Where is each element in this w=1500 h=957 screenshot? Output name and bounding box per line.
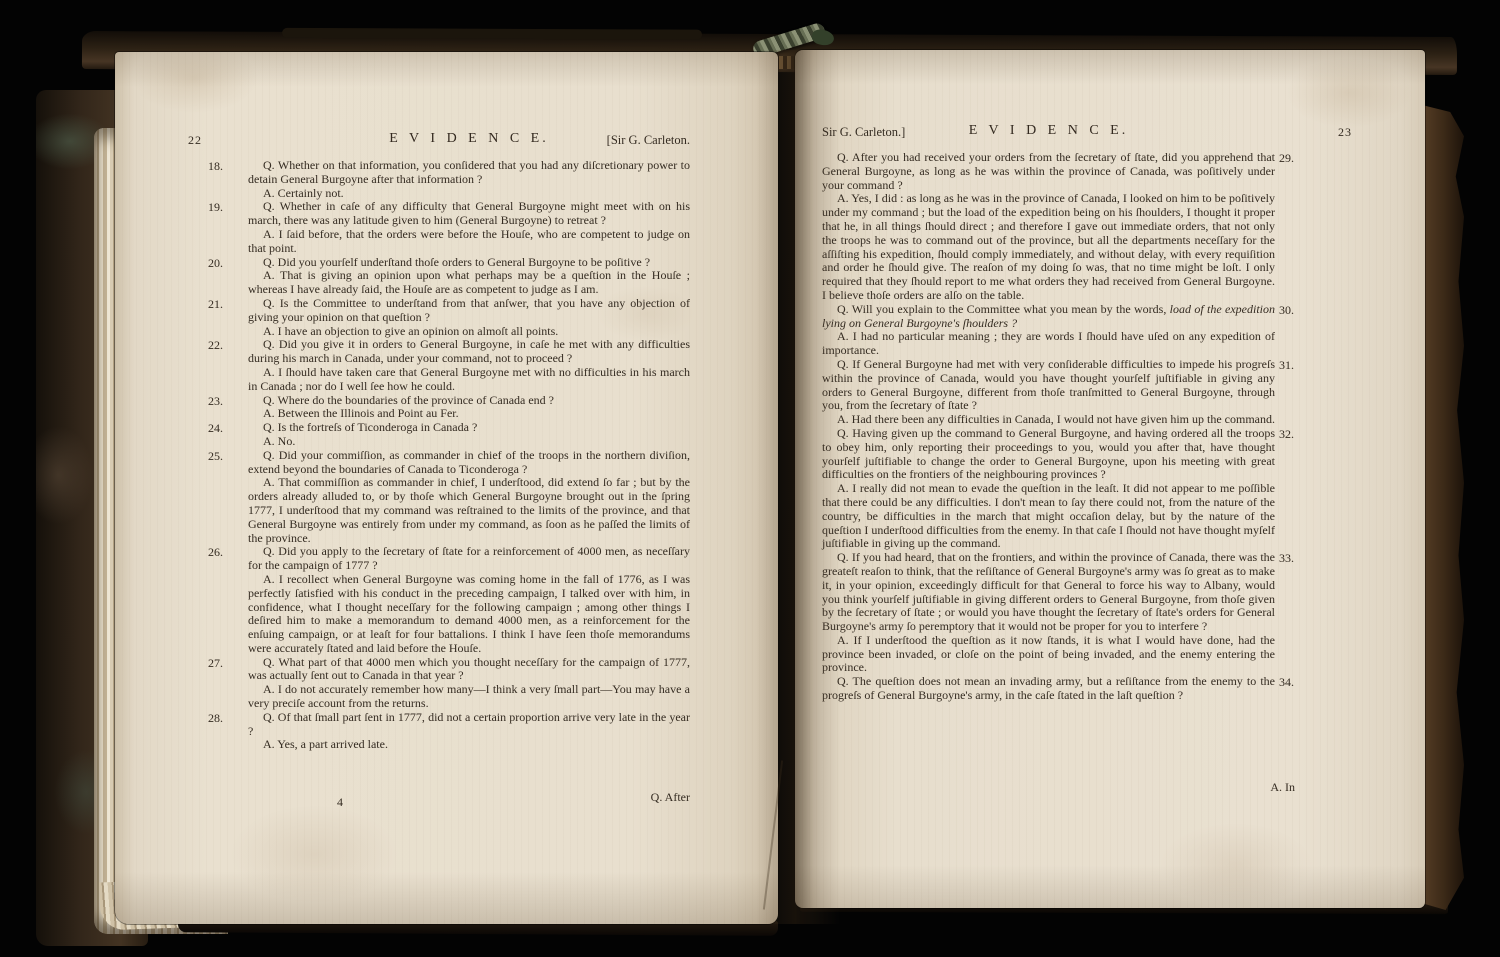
question-margin-number: 24. (208, 422, 242, 436)
qa-entry: 23.Q. Where do the boundaries of the pro… (248, 394, 690, 422)
question-margin-number: 27. (208, 657, 242, 671)
question-margin-number: 32. (1279, 428, 1323, 442)
answer-text: A. Yes, a part arrived late. (248, 738, 690, 752)
question-margin-number: 20. (208, 257, 242, 271)
question-text: Q. Did your commiſſion, as commander in … (248, 449, 690, 477)
question-margin-number: 26. (208, 546, 242, 560)
book-page-left: 22 E V I D E N C E. [Sir G. Carleton. 18… (115, 52, 778, 924)
question-text: Q. Whether on that information, you conſ… (248, 159, 690, 187)
catchword: A. In (1270, 780, 1295, 795)
question-margin-number: 34. (1279, 676, 1323, 690)
qa-entry: 30.Q. Will you explain to the Committee … (822, 303, 1275, 358)
right-page-header: Sir G. Carleton.] E V I D E N C E. 23 (822, 124, 1275, 141)
question-text: Q. Will you explain to the Committee wha… (822, 303, 1275, 331)
question-margin-number: 25. (208, 450, 242, 464)
question-margin-number: 31. (1279, 359, 1323, 373)
qa-entry: 29.Q. After you had received your orders… (822, 151, 1275, 303)
answer-text: A. If I underſtood the queſtion as it no… (822, 634, 1275, 675)
signature-mark: 4 (337, 795, 343, 810)
book-page-right: Sir G. Carleton.] E V I D E N C E. 23 29… (795, 50, 1425, 908)
running-title: E V I D E N C E. (389, 131, 548, 146)
qa-entry: 21.Q. Is the Committee to underſtand fro… (248, 297, 690, 338)
running-title: E V I D E N C E. (969, 123, 1128, 138)
header-note-witness: [Sir G. Carleton. (607, 134, 690, 148)
qa-entry: 27.Q. What part of that 4000 men which y… (248, 656, 690, 711)
qa-entries-right: 29.Q. After you had received your orders… (822, 151, 1275, 703)
question-text: Q. Did you apply to the ſecretary of ſta… (248, 545, 690, 573)
photograph-background: 22 E V I D E N C E. [Sir G. Carleton. 18… (0, 0, 1500, 957)
question-text: Q. If General Burgoyne had met with very… (822, 358, 1275, 413)
qa-entry: 31.Q. If General Burgoyne had met with v… (822, 358, 1275, 427)
question-text: Q. The queſtion does not mean an invadin… (822, 675, 1275, 703)
qa-entry: 19.Q. Whether in caſe of any difficulty … (248, 200, 690, 255)
qa-entry: 34.Q. The queſtion does not mean an inva… (822, 675, 1275, 703)
answer-text: A. I recollect when General Burgoyne was… (248, 573, 690, 656)
question-text: Q. Did you yourſelf underſtand thoſe ord… (248, 256, 690, 270)
qa-entry: 18.Q. Whether on that information, you c… (248, 159, 690, 200)
question-margin-number: 18. (208, 160, 242, 174)
qa-entry: 28.Q. Of that ſmall part ſent in 1777, d… (248, 711, 690, 752)
answer-text: A. Yes, I did : as long as he was in the… (822, 192, 1275, 302)
answer-text: A. No. (248, 435, 690, 449)
left-page-text-block: 22 E V I D E N C E. [Sir G. Carleton. 18… (248, 132, 690, 752)
right-page-footer: A. In (822, 780, 1295, 800)
answer-text: A. I had no particular meaning ; they ar… (822, 330, 1275, 358)
question-margin-number: 21. (208, 298, 242, 312)
answer-text: A. I ſhould have taken care that General… (248, 366, 690, 394)
right-page-text-block: Sir G. Carleton.] E V I D E N C E. 23 29… (822, 124, 1275, 703)
answer-text: A. I do not accurately remember how many… (248, 683, 690, 711)
question-margin-number: 22. (208, 339, 242, 353)
page-number: 22 (188, 134, 222, 148)
question-text: Q. Whether in caſe of any difficulty tha… (248, 200, 690, 228)
question-margin-number: 30. (1279, 304, 1323, 318)
qa-entries-left: 18.Q. Whether on that information, you c… (248, 159, 690, 752)
qa-entry: 33.Q. If you had heard, that on the fron… (822, 551, 1275, 675)
page-number: 23 (1327, 126, 1363, 140)
question-text: Q. Having given up the command to Genera… (822, 427, 1275, 482)
question-margin-number: 33. (1279, 552, 1323, 566)
answer-text: A. I really did not mean to evade the qu… (822, 482, 1275, 551)
question-text: Q. Did you give it in orders to General … (248, 338, 690, 366)
left-page-footer: 4 Q. After (248, 790, 690, 810)
question-text: Q. Is the fortreſs of Ticonderoga in Can… (248, 421, 690, 435)
answer-text: A. That commiſſion as commander in chief… (248, 476, 690, 545)
answer-text: A. Certainly not. (248, 187, 690, 201)
question-text: Q. After you had received your orders fr… (822, 151, 1275, 192)
question-text: Q. Is the Committee to underſtand from t… (248, 297, 690, 325)
answer-text: A. Had there been any difficulties in Ca… (822, 413, 1275, 427)
answer-text: A. I have an objection to give an opinio… (248, 325, 690, 339)
header-note-witness: Sir G. Carleton.] (822, 126, 905, 140)
answer-text: A. I ſaid before, that the orders were b… (248, 228, 690, 256)
answer-text: A. Between the Illinois and Point au Fer… (248, 407, 690, 421)
qa-entry: 24.Q. Is the fortreſs of Ticonderoga in … (248, 421, 690, 449)
answer-text: A. That is giving an opinion upon what p… (248, 269, 690, 297)
catchword: Q. After (651, 790, 690, 805)
quoted-phrase-italic: load of the expedition lying on General … (822, 302, 1275, 330)
bookmark-cord-tip (811, 28, 836, 47)
question-margin-number: 29. (1279, 152, 1323, 166)
qa-entry: 26.Q. Did you apply to the ſecretary of … (248, 545, 690, 655)
question-margin-number: 28. (208, 712, 242, 726)
question-text: Q. If you had heard, that on the frontie… (822, 551, 1275, 634)
question-margin-number: 23. (208, 395, 242, 409)
qa-entry: 25.Q. Did your commiſſion, as commander … (248, 449, 690, 546)
qa-entry: 32.Q. Having given up the command to Gen… (822, 427, 1275, 551)
qa-entry: 22.Q. Did you give it in orders to Gener… (248, 338, 690, 393)
question-text: Q. Of that ſmall part ſent in 1777, did … (248, 711, 690, 739)
question-text: Q. What part of that 4000 men which you … (248, 656, 690, 684)
left-page-header: 22 E V I D E N C E. [Sir G. Carleton. (248, 132, 690, 149)
qa-entry: 20.Q. Did you yourſelf underſtand thoſe … (248, 256, 690, 297)
question-text: Q. Where do the boundaries of the provin… (248, 394, 690, 408)
question-margin-number: 19. (208, 201, 242, 215)
